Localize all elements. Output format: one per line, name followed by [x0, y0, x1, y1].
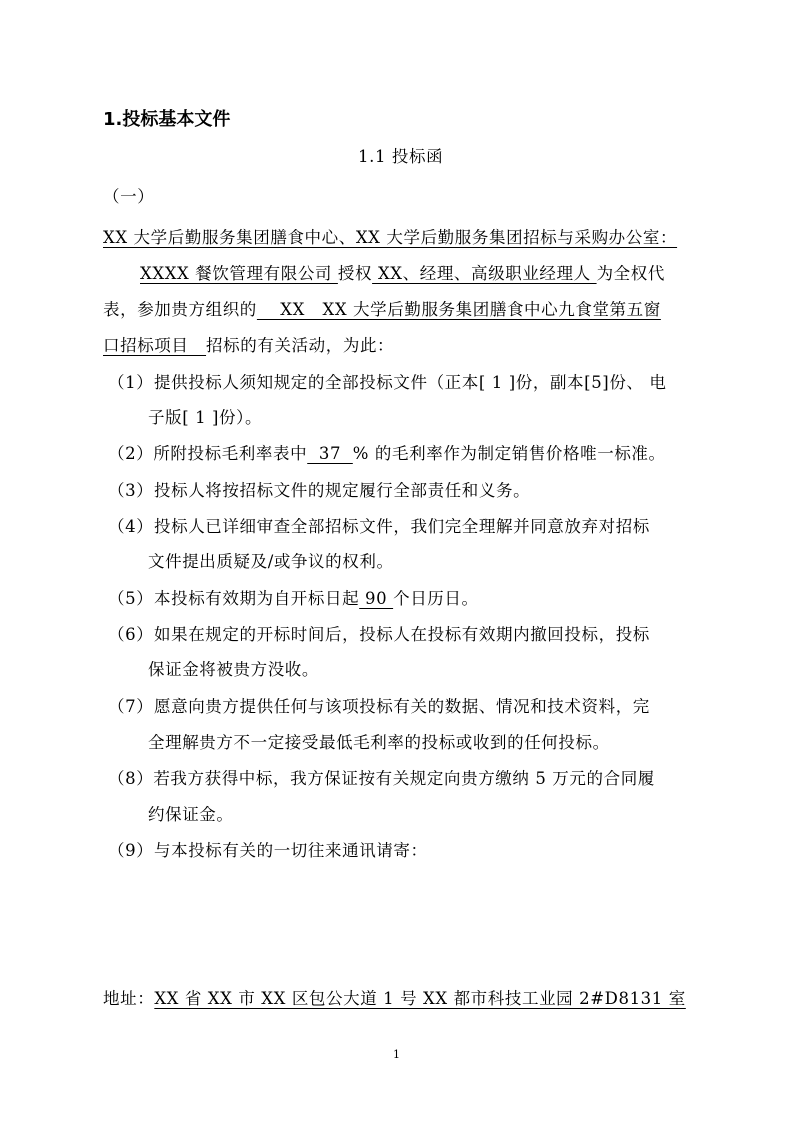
list-item-9: （9）与本投标有关的一切往来通讯请寄： — [108, 840, 428, 862]
list-item-7-cont: 全理解贵方不一定接受最低毛利率的投标或收到的任何投标。 — [148, 732, 610, 754]
list-item-3: （3）投标人将按招标文件的规定履行全部责任和义务。 — [108, 480, 530, 502]
list-item-4: （4）投标人已详细审查全部招标文件，我们完全理解并同意放弃对招标 — [108, 516, 650, 538]
item-text: 投标人将按招标文件的规定履行全部责任和义务。 — [154, 481, 530, 500]
gross-margin-value: 37 — [307, 444, 353, 463]
intro-line-2: 表，参加贵方组织的 XX XX 大学后勤服务集团膳食中心九食堂第五窗 — [103, 299, 661, 321]
item-text: 若我方获得中标，我方保证按有关规定向贵方缴纳 5 万元的合同履 — [153, 769, 655, 788]
part-label: （一） — [103, 186, 154, 208]
list-item-8: （8）若我方获得中标，我方保证按有关规定向贵方缴纳 5 万元的合同履 — [108, 768, 655, 790]
list-item-7: （7）愿意向贵方提供任何与该项投标有关的数据、情况和技术资料，完 — [108, 696, 650, 718]
subsection-heading: 1.1 投标函 — [358, 146, 443, 168]
item-text: 提供投标人须知规定的全部投标文件（正本[ 1 ]份，副本[5]份、 电 — [154, 373, 666, 392]
address-line: 地址：XX 省 XX 市 XX 区包公大道 1 号 XX 都市科技工业园 2#D… — [103, 988, 686, 1010]
item-suffix: 个日历日。 — [393, 589, 479, 608]
as-representative-text: 为全权代 — [597, 264, 665, 283]
item-text: 与本投标有关的一切往来通讯请寄： — [154, 841, 428, 860]
item-text: 愿意向贵方提供任何与该项投标有关的数据、情况和技术资料，完 — [154, 697, 650, 716]
list-item-2: （2）所附投标毛利率表中 37 % 的毛利率作为制定销售价格唯一标准。 — [108, 443, 666, 465]
list-item-4-cont: 文件提出质疑及/或争议的权利。 — [148, 551, 394, 573]
addressee: XX 大学后勤服务集团膳食中心、XX 大学后勤服务集团招标与采购办公室： — [103, 227, 677, 249]
item-number: （1） — [108, 372, 154, 394]
list-item-1: （1）提供投标人须知规定的全部投标文件（正本[ 1 ]份，副本[5]份、 电 — [108, 372, 666, 394]
company-name: XXXX 餐饮管理有限公司 — [140, 264, 338, 283]
project-name-part2: 口招标项目 — [103, 336, 206, 355]
address-label: 地址： — [103, 989, 154, 1008]
list-item-5: （5）本投标有效期为自开标日起 90 个日历日。 — [108, 588, 479, 610]
project-name-part1: XX XX 大学后勤服务集团膳食中心九食堂第五窗 — [257, 300, 661, 319]
item-number: （5） — [108, 588, 154, 610]
item-number: （7） — [108, 696, 154, 718]
item-prefix: 所附投标毛利率表中 — [153, 444, 307, 463]
item-text: 投标人已详细审查全部招标文件，我们完全理解并同意放弃对招标 — [154, 517, 650, 536]
list-item-8-cont: 约保证金。 — [148, 804, 234, 826]
section-heading: 1.投标基本文件 — [103, 109, 230, 131]
list-item-1-cont: 子版[ 1 ]份）。 — [148, 407, 262, 429]
item-number: （9） — [108, 840, 154, 862]
document-page: 1.投标基本文件 1.1 投标函 （一） XX 大学后勤服务集团膳食中心、XX … — [0, 0, 793, 1122]
intro-line-3: 口招标项目 招标的有关活动，为此： — [103, 335, 394, 357]
item-text: 如果在规定的开标时间后，投标人在投标有效期内撤回投标，投标 — [154, 625, 650, 644]
item-number: （2） — [108, 444, 153, 463]
intro-line-1: XXXX 餐饮管理有限公司 授权 XX、经理、高级职业经理人 为全权代 — [140, 263, 665, 285]
item-suffix: % 的毛利率作为制定销售价格唯一标准。 — [353, 444, 666, 463]
page-number: 1 — [393, 1044, 401, 1066]
intro-line3-suffix: 招标的有关活动，为此： — [206, 336, 394, 355]
list-item-6: （6）如果在规定的开标时间后，投标人在投标有效期内撤回投标，投标 — [108, 624, 650, 646]
validity-days-value: 90 — [359, 589, 393, 608]
item-number: （8） — [108, 769, 153, 788]
authorize-text: 授权 — [338, 264, 372, 283]
item-number: （3） — [108, 480, 154, 502]
address-value: XX 省 XX 市 XX 区包公大道 1 号 XX 都市科技工业园 2#D813… — [154, 989, 686, 1008]
item-prefix: 本投标有效期为自开标日起 — [154, 589, 359, 608]
item-number: （6） — [108, 624, 154, 646]
intro-line2-prefix: 表，参加贵方组织的 — [103, 300, 257, 319]
list-item-6-cont: 保证金将被贵方没收。 — [148, 659, 319, 681]
item-number: （4） — [108, 516, 154, 538]
representative: XX、经理、高级职业经理人 — [372, 264, 596, 283]
